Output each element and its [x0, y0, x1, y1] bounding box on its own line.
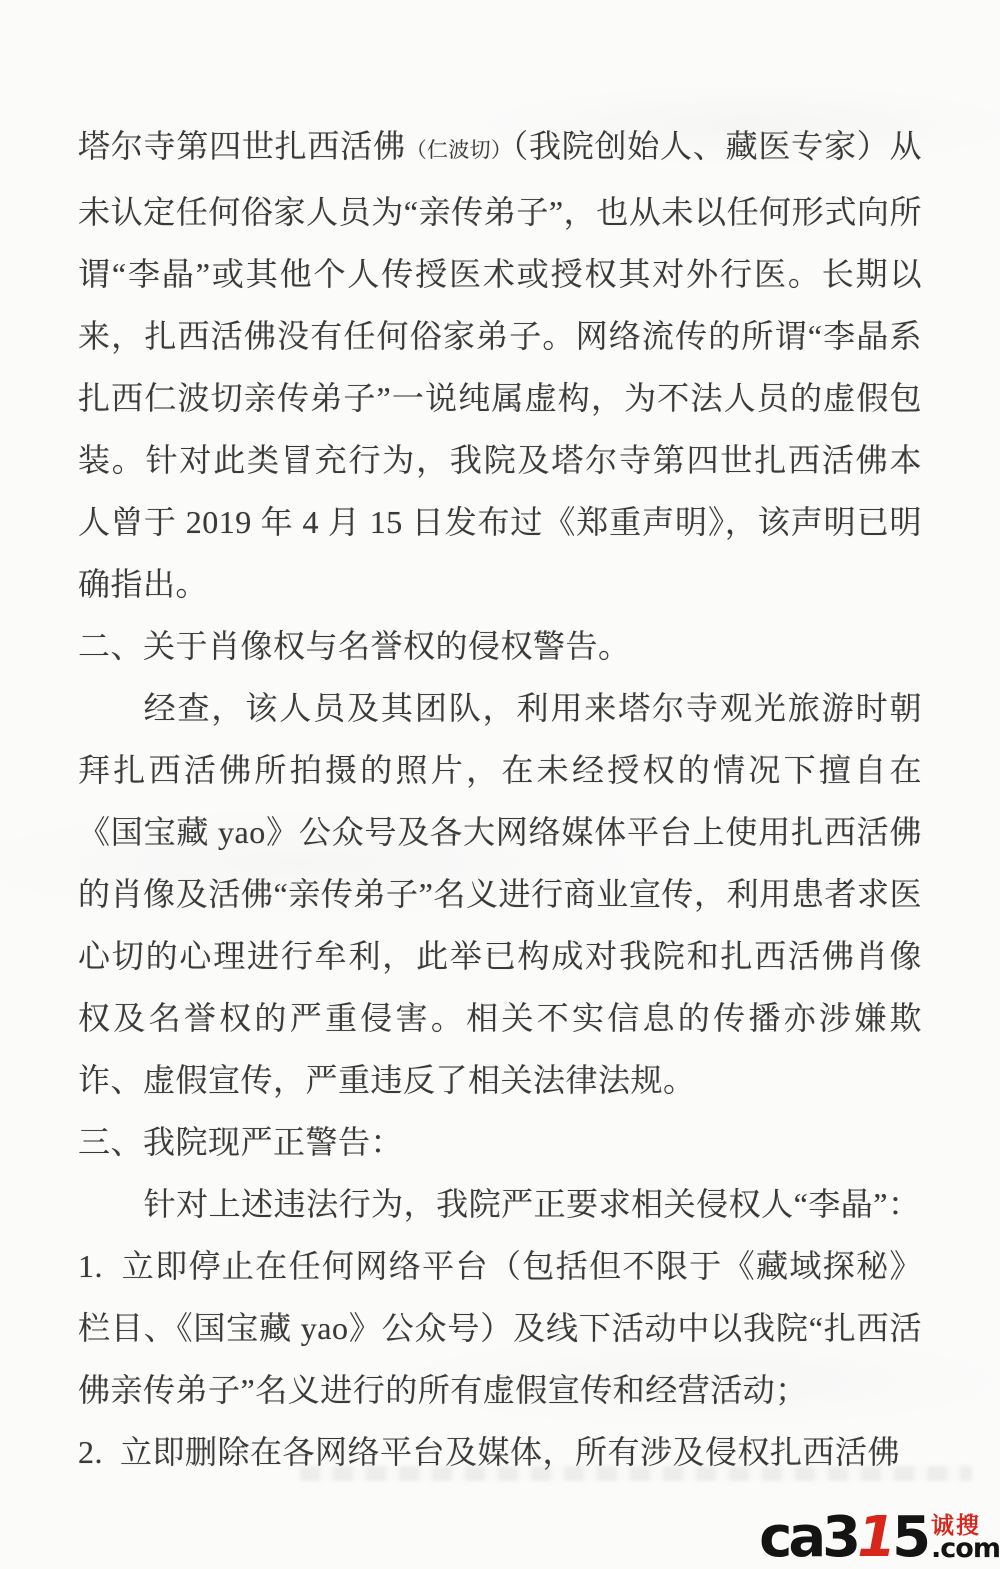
- watermark-dotcom-text: .com: [931, 1538, 1000, 1561]
- watermark-right-block: 诚搜 .com: [931, 1515, 1000, 1561]
- body-text: 2. 立即删除在各网络平台及媒体，所有涉及侵权扎西活佛: [78, 1434, 900, 1470]
- small-parenthetical-text: （仁波切）: [406, 138, 512, 162]
- para-section-3-intro: 针对上述违法行为，我院严正要求相关侵权人“李晶”：: [78, 1173, 922, 1235]
- body-text: 三、我院现严正警告：: [78, 1124, 403, 1160]
- body-text: 经查，该人员及其团队，利用来塔尔寺观光旅游时朝拜扎西活佛所拍摄的照片，在未经授权…: [78, 690, 922, 1098]
- watermark-ca3: ca3: [759, 1505, 857, 1569]
- watermark-red-one: 1: [857, 1505, 892, 1569]
- body-text: （我院创始人、藏医专家）从未认定任何俗家人员为“亲传弟子”，也从未以任何形式向所…: [78, 128, 922, 602]
- ca315-watermark-logo: ca315 诚搜 .com: [759, 1515, 1000, 1561]
- body-text: 针对上述违法行为，我院严正要求相关侵权人“李晶”：: [144, 1186, 921, 1222]
- body-text: 塔尔寺第四世扎西活佛: [78, 128, 406, 164]
- heading-section-3: 三、我院现严正警告：: [78, 1111, 922, 1173]
- scanned-document-page: 塔尔寺第四世扎西活佛（仁波切）（我院创始人、藏医专家）从未认定任何俗家人员为“亲…: [0, 0, 1000, 1569]
- para-continuation-statement: 塔尔寺第四世扎西活佛（仁波切）（我院创始人、藏医专家）从未认定任何俗家人员为“亲…: [78, 115, 922, 615]
- document-body: 塔尔寺第四世扎西活佛（仁波切）（我院创始人、藏医专家）从未认定任何俗家人员为“亲…: [78, 115, 922, 1483]
- list-item-2: 2. 立即删除在各网络平台及媒体，所有涉及侵权扎西活佛: [78, 1421, 922, 1483]
- watermark-ca315-text: ca315: [759, 1515, 927, 1561]
- body-text: 二、关于肖像权与名誉权的侵权警告。: [78, 628, 631, 664]
- list-item-1: 1. 立即停止在任何网络平台（包括但不限于《藏域探秘》栏目、《国宝藏 yao》公…: [78, 1235, 922, 1421]
- para-section-2-body: 经查，该人员及其团队，利用来塔尔寺观光旅游时朝拜扎西活佛所拍摄的照片，在未经授权…: [78, 677, 922, 1111]
- watermark-five: 5: [892, 1505, 927, 1569]
- body-text: 1. 立即停止在任何网络平台（包括但不限于《藏域探秘》栏目、《国宝藏 yao》公…: [78, 1248, 922, 1408]
- heading-section-2: 二、关于肖像权与名誉权的侵权警告。: [78, 615, 922, 677]
